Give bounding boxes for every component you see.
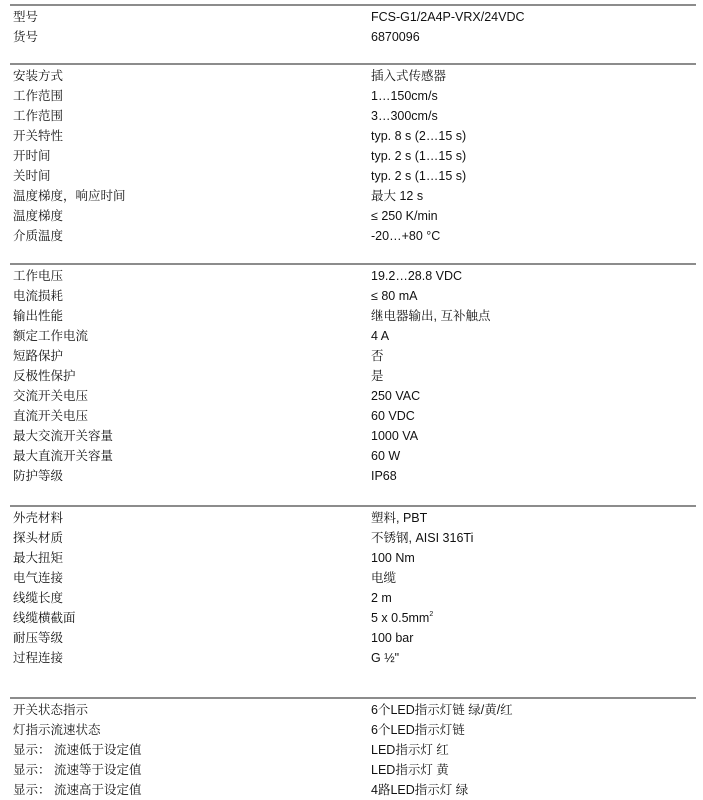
superscript: 2 <box>429 611 433 618</box>
spec-row: 介质温度-20…+80 °C <box>10 226 696 246</box>
spec-value: 19.2…28.8 VDC <box>371 266 696 286</box>
spec-row: 过程连接G ½" <box>10 648 696 668</box>
spec-value-text: LED指示灯 黄 <box>371 763 449 777</box>
section-divider <box>10 4 696 6</box>
spec-row: 显示： 流速高于设定值4路LED指示灯 绿 <box>10 780 696 800</box>
spec-value-text: 6个LED指示灯链 <box>371 723 465 737</box>
spec-value-text: 2 m <box>371 591 392 605</box>
spec-value: 4 A <box>371 326 696 346</box>
spec-value: 电缆 <box>371 568 696 588</box>
spec-label: 工作范围 <box>10 106 371 126</box>
spec-label: 开关特性 <box>10 126 371 146</box>
spec-label: 显示： 流速等于设定值 <box>10 760 371 780</box>
section-divider <box>10 505 696 507</box>
spec-label: 开时间 <box>10 146 371 166</box>
spec-row: 灯指示流速状态6个LED指示灯链 <box>10 720 696 740</box>
section-divider <box>10 697 696 699</box>
spec-label: 直流开关电压 <box>10 406 371 426</box>
spec-value-text: 电缆 <box>371 571 396 585</box>
spec-value-text: 1…150cm/s <box>371 89 438 103</box>
spec-row: 最大直流开关容量60 W <box>10 446 696 466</box>
spec-label: 工作范围 <box>10 86 371 106</box>
spec-row: 防护等级IP68 <box>10 466 696 486</box>
spec-label: 交流开关电压 <box>10 386 371 406</box>
spec-value-text: 塑料, PBT <box>371 511 427 525</box>
spec-label: 电流损耗 <box>10 286 371 306</box>
spec-value-text: 继电器输出, 互补触点 <box>371 309 490 323</box>
spec-row: 耐压等级100 bar <box>10 628 696 648</box>
spec-value-text: 最大 12 s <box>371 189 423 203</box>
spec-value: 2 m <box>371 588 696 608</box>
spec-value: 1…150cm/s <box>371 86 696 106</box>
spec-row: 最大交流开关容量1000 VA <box>10 426 696 446</box>
spec-value: 250 VAC <box>371 386 696 406</box>
spec-row: 直流开关电压60 VDC <box>10 406 696 426</box>
spec-value-text: 3…300cm/s <box>371 109 438 123</box>
spec-row: 工作范围3…300cm/s <box>10 106 696 126</box>
spec-label: 货号 <box>10 27 371 47</box>
spec-label: 介质温度 <box>10 226 371 246</box>
spec-value: FCS-G1/2A4P-VRX/24VDC <box>371 7 696 27</box>
spec-row: 线缆长度2 m <box>10 588 696 608</box>
spec-value: 插入式传感器 <box>371 66 696 86</box>
spec-value: 4路LED指示灯 绿 <box>371 780 696 800</box>
spec-row: 额定工作电流4 A <box>10 326 696 346</box>
section-divider <box>10 63 696 65</box>
spec-row: 电流损耗≤ 80 mA <box>10 286 696 306</box>
spec-value: ≤ 250 K/min <box>371 206 696 226</box>
spec-row: 货号6870096 <box>10 27 696 47</box>
spec-label: 线缆横截面 <box>10 608 371 628</box>
spec-label: 反极性保护 <box>10 366 371 386</box>
spec-value: 5 x 0.5mm2 <box>371 608 696 628</box>
spec-label: 温度梯度 <box>10 206 371 226</box>
spec-row: 开关特性typ. 8 s (2…15 s) <box>10 126 696 146</box>
spec-section: 工作电压19.2…28.8 VDC电流损耗≤ 80 mA输出性能继电器输出, 互… <box>10 263 696 486</box>
spec-label: 显示： 流速低于设定值 <box>10 740 371 760</box>
spec-row: 线缆横截面5 x 0.5mm2 <box>10 608 696 628</box>
spec-value: 最大 12 s <box>371 186 696 206</box>
spec-value-text: 5 x 0.5mm <box>371 611 429 625</box>
spec-label: 电气连接 <box>10 568 371 588</box>
spec-label: 安装方式 <box>10 66 371 86</box>
spec-value-text: 6个LED指示灯链 绿/黄/红 <box>371 703 513 717</box>
spec-value: 塑料, PBT <box>371 508 696 528</box>
spec-value: 不锈钢, AISI 316Ti <box>371 528 696 548</box>
spec-row: 关时间typ. 2 s (1…15 s) <box>10 166 696 186</box>
spec-label: 耐压等级 <box>10 628 371 648</box>
spec-value-text: -20…+80 °C <box>371 229 440 243</box>
spec-value-text: IP68 <box>371 469 397 483</box>
spec-row: 开关状态指示6个LED指示灯链 绿/黄/红 <box>10 700 696 720</box>
spec-value-text: 250 VAC <box>371 389 420 403</box>
spec-row: 短路保护否 <box>10 346 696 366</box>
spec-label: 灯指示流速状态 <box>10 720 371 740</box>
spec-value: IP68 <box>371 466 696 486</box>
spec-row: 探头材质不锈钢, AISI 316Ti <box>10 528 696 548</box>
spec-value-text: 4路LED指示灯 绿 <box>371 783 468 797</box>
spec-value: 60 W <box>371 446 696 466</box>
spec-row: 温度梯度≤ 250 K/min <box>10 206 696 226</box>
spec-label: 最大直流开关容量 <box>10 446 371 466</box>
spec-value: 6个LED指示灯链 绿/黄/红 <box>371 700 696 720</box>
spec-value: 3…300cm/s <box>371 106 696 126</box>
spec-row: 工作电压19.2…28.8 VDC <box>10 266 696 286</box>
spec-label: 关时间 <box>10 166 371 186</box>
spec-row: 开时间typ. 2 s (1…15 s) <box>10 146 696 166</box>
spec-value-text: 60 W <box>371 449 400 463</box>
spec-value-text: 否 <box>371 349 384 363</box>
spec-row: 型号FCS-G1/2A4P-VRX/24VDC <box>10 7 696 27</box>
spec-row: 输出性能继电器输出, 互补触点 <box>10 306 696 326</box>
section-divider <box>10 263 696 265</box>
spec-value: typ. 2 s (1…15 s) <box>371 146 696 166</box>
spec-value-text: 60 VDC <box>371 409 415 423</box>
spec-value-text: 100 bar <box>371 631 413 645</box>
spec-value: typ. 8 s (2…15 s) <box>371 126 696 146</box>
spec-value: -20…+80 °C <box>371 226 696 246</box>
spec-label: 外壳材料 <box>10 508 371 528</box>
spec-value: 100 bar <box>371 628 696 648</box>
spec-label: 工作电压 <box>10 266 371 286</box>
spec-label: 最大交流开关容量 <box>10 426 371 446</box>
spec-section: 开关状态指示6个LED指示灯链 绿/黄/红灯指示流速状态6个LED指示灯链显示：… <box>10 697 696 800</box>
spec-label: 最大扭矩 <box>10 548 371 568</box>
spec-section: 安装方式插入式传感器工作范围1…150cm/s工作范围3…300cm/s开关特性… <box>10 63 696 246</box>
spec-label: 显示： 流速高于设定值 <box>10 780 371 800</box>
spec-section: 外壳材料塑料, PBT探头材质不锈钢, AISI 316Ti最大扭矩100 Nm… <box>10 505 696 668</box>
spec-row: 最大扭矩100 Nm <box>10 548 696 568</box>
spec-row: 交流开关电压250 VAC <box>10 386 696 406</box>
spec-row: 安装方式插入式传感器 <box>10 66 696 86</box>
spec-value: G ½" <box>371 648 696 668</box>
spec-label: 温度梯度，响应时间 <box>10 186 371 206</box>
spec-value: 1000 VA <box>371 426 696 446</box>
spec-value-text: 4 A <box>371 329 389 343</box>
spec-label: 输出性能 <box>10 306 371 326</box>
spec-value: 6870096 <box>371 27 696 47</box>
spec-label: 探头材质 <box>10 528 371 548</box>
spec-value-text: 19.2…28.8 VDC <box>371 269 462 283</box>
spec-label: 线缆长度 <box>10 588 371 608</box>
spec-row: 外壳材料塑料, PBT <box>10 508 696 528</box>
spec-value-text: 不锈钢, AISI 316Ti <box>371 531 473 545</box>
spec-value: ≤ 80 mA <box>371 286 696 306</box>
spec-label: 额定工作电流 <box>10 326 371 346</box>
spec-value: 6个LED指示灯链 <box>371 720 696 740</box>
spec-value-text: ≤ 250 K/min <box>371 209 438 223</box>
spec-value-text: FCS-G1/2A4P-VRX/24VDC <box>371 10 525 24</box>
spec-value-text: 6870096 <box>371 30 420 44</box>
spec-value-text: 插入式传感器 <box>371 69 446 83</box>
spec-section: 型号FCS-G1/2A4P-VRX/24VDC货号6870096 <box>10 4 696 47</box>
spec-row: 温度梯度，响应时间最大 12 s <box>10 186 696 206</box>
spec-label: 开关状态指示 <box>10 700 371 720</box>
spec-value-text: 是 <box>371 369 384 383</box>
spec-row: 电气连接电缆 <box>10 568 696 588</box>
spec-label: 过程连接 <box>10 648 371 668</box>
spec-value: LED指示灯 黄 <box>371 760 696 780</box>
spec-row: 显示： 流速低于设定值LED指示灯 红 <box>10 740 696 760</box>
spec-value-text: typ. 2 s (1…15 s) <box>371 149 466 163</box>
spec-value-text: 100 Nm <box>371 551 415 565</box>
spec-value-text: ≤ 80 mA <box>371 289 417 303</box>
spec-value: 100 Nm <box>371 548 696 568</box>
spec-value-text: typ. 2 s (1…15 s) <box>371 169 466 183</box>
spec-row: 工作范围1…150cm/s <box>10 86 696 106</box>
spec-row: 反极性保护是 <box>10 366 696 386</box>
spec-label: 型号 <box>10 7 371 27</box>
spec-value: LED指示灯 红 <box>371 740 696 760</box>
spec-value: 否 <box>371 346 696 366</box>
spec-value-text: G ½" <box>371 651 399 665</box>
spec-value: typ. 2 s (1…15 s) <box>371 166 696 186</box>
spec-label: 短路保护 <box>10 346 371 366</box>
spec-label: 防护等级 <box>10 466 371 486</box>
spec-value-text: typ. 8 s (2…15 s) <box>371 129 466 143</box>
spec-value-text: LED指示灯 红 <box>371 743 449 757</box>
spec-row: 显示： 流速等于设定值LED指示灯 黄 <box>10 760 696 780</box>
spec-value: 60 VDC <box>371 406 696 426</box>
spec-value: 继电器输出, 互补触点 <box>371 306 696 326</box>
spec-value: 是 <box>371 366 696 386</box>
spec-value-text: 1000 VA <box>371 429 418 443</box>
